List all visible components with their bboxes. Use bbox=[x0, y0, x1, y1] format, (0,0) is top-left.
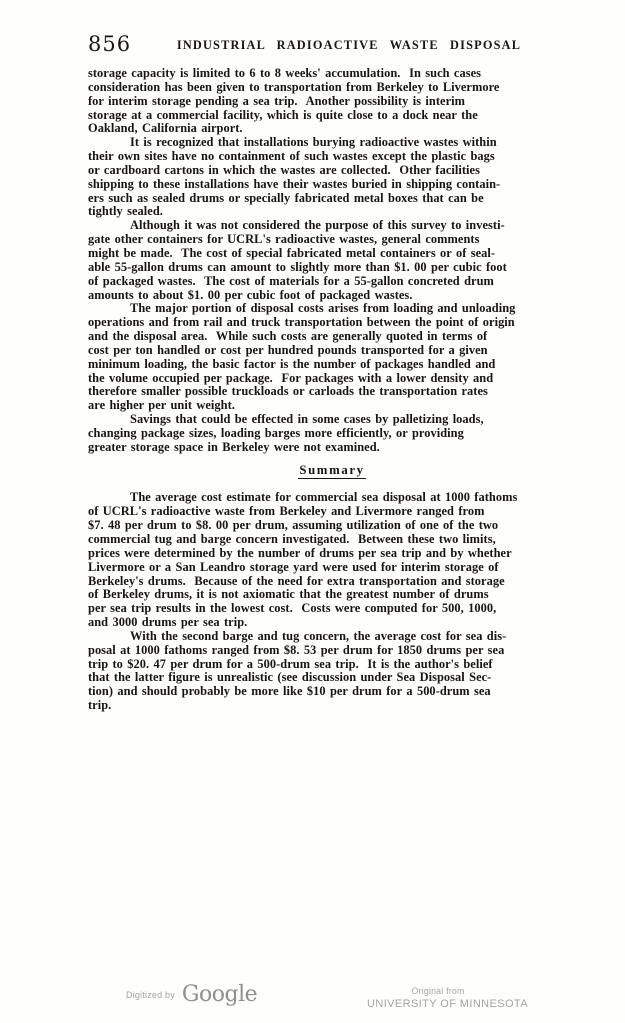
text-line: of Berkeley drums, it is not axiomatic t… bbox=[88, 588, 576, 602]
text-line: storage at a commercial facility, which … bbox=[88, 109, 576, 123]
text-line: consideration has been given to transpor… bbox=[88, 81, 576, 95]
text-line: cost per ton handled or cost per hundred… bbox=[88, 344, 576, 358]
text-line: It is recognized that installations bury… bbox=[88, 136, 576, 150]
intro-paragraphs: storage capacity is limited to 6 to 8 we… bbox=[88, 67, 576, 455]
text-line: trip to $20. 47 per drum for a 500-drum … bbox=[88, 658, 576, 672]
text-line: per sea trip results in the lowest cost.… bbox=[88, 602, 576, 616]
text-line: The average cost estimate for commercial… bbox=[88, 491, 576, 505]
original-from-label: Original from bbox=[367, 986, 509, 996]
paragraph: The average cost estimate for commercial… bbox=[88, 491, 576, 629]
text-line: shipping to these installations have the… bbox=[88, 178, 576, 192]
text-line: posal at 1000 fathoms ranged from $8. 53… bbox=[88, 644, 576, 658]
summary-paragraphs: The average cost estimate for commercial… bbox=[88, 491, 576, 713]
text-line: that the latter figure is unrealistic (s… bbox=[88, 671, 576, 685]
scanned-document-page: 856 INDUSTRIAL RADIOACTIVE WASTE DISPOSA… bbox=[0, 0, 625, 1023]
text-line: of UCRL's radioactive waste from Berkele… bbox=[88, 505, 576, 519]
original-from-block: Original from UNIVERSITY OF MINNESOTA bbox=[367, 986, 509, 1010]
text-line: The major portion of disposal costs aris… bbox=[88, 302, 576, 316]
text-line: $7. 48 per drum to $8. 00 per drum, assu… bbox=[88, 519, 576, 533]
text-line: amounts to about $1. 00 per cubic foot o… bbox=[88, 289, 576, 303]
body-text: storage capacity is limited to 6 to 8 we… bbox=[88, 67, 576, 713]
summary-heading: Summary bbox=[88, 464, 576, 478]
text-line: able 55-gallon drums can amount to sligh… bbox=[88, 261, 576, 275]
text-line: of packaged wastes. The cost of material… bbox=[88, 275, 576, 289]
text-line: trip. bbox=[88, 699, 576, 713]
text-line: tightly sealed. bbox=[88, 205, 576, 219]
text-line: for interim storage pending a sea trip. … bbox=[88, 95, 576, 109]
text-line: ers such as sealed drums or specially fa… bbox=[88, 192, 576, 206]
paragraph: It is recognized that installations bury… bbox=[88, 136, 576, 219]
text-line: Livermore or a San Leandro storage yard … bbox=[88, 561, 576, 575]
institution-name: UNIVERSITY OF MINNESOTA bbox=[367, 998, 509, 1010]
running-title: INDUSTRIAL RADIOACTIVE WASTE DISPOSAL bbox=[88, 32, 570, 53]
text-line: are higher per unit weight. bbox=[88, 399, 576, 413]
paragraph: Although it was not considered the purpo… bbox=[88, 219, 576, 302]
text-line: With the second barge and tug concern, t… bbox=[88, 630, 576, 644]
digitized-by-label: Digitized by bbox=[126, 990, 175, 1000]
text-line: their own sites have no containment of s… bbox=[88, 150, 576, 164]
text-line: changing package sizes, loading barges m… bbox=[88, 427, 576, 441]
digitized-by-block: Digitized by Google bbox=[126, 984, 257, 1006]
text-line: Although it was not considered the purpo… bbox=[88, 219, 576, 233]
text-line: the volume occupied per package. For pac… bbox=[88, 372, 576, 386]
paragraph: Savings that could be effected in some c… bbox=[88, 413, 576, 455]
paragraph: With the second barge and tug concern, t… bbox=[88, 630, 576, 713]
google-logo: Google bbox=[182, 984, 257, 1006]
text-line: Oakland, California airport. bbox=[88, 122, 576, 136]
page-header: 856 INDUSTRIAL RADIOACTIVE WASTE DISPOSA… bbox=[88, 32, 570, 60]
text-line: gate other containers for UCRL's radioac… bbox=[88, 233, 576, 247]
paragraph: storage capacity is limited to 6 to 8 we… bbox=[88, 67, 576, 136]
text-line: or cardboard cartons in which the wastes… bbox=[88, 164, 576, 178]
text-line: storage capacity is limited to 6 to 8 we… bbox=[88, 67, 576, 81]
text-line: Savings that could be effected in some c… bbox=[88, 413, 576, 427]
text-line: might be made. The cost of special fabri… bbox=[88, 247, 576, 261]
text-line: greater storage space in Berkeley were n… bbox=[88, 441, 576, 455]
page-number: 856 bbox=[88, 32, 131, 56]
paragraph: The major portion of disposal costs aris… bbox=[88, 302, 576, 413]
text-line: prices were determined by the number of … bbox=[88, 547, 576, 561]
text-line: tion) and should probably be more like $… bbox=[88, 685, 576, 699]
text-line: and 3000 drums per sea trip. bbox=[88, 616, 576, 630]
text-line: therefore smaller possible truckloads or… bbox=[88, 385, 576, 399]
text-line: and the disposal area. While such costs … bbox=[88, 330, 576, 344]
summary-heading-text: Summary bbox=[298, 463, 365, 479]
text-line: minimum loading, the basic factor is the… bbox=[88, 358, 576, 372]
text-line: commercial tug and barge concern investi… bbox=[88, 533, 576, 547]
text-line: operations and from rail and truck trans… bbox=[88, 316, 576, 330]
text-line: Berkeley's drums. Because of the need fo… bbox=[88, 575, 576, 589]
